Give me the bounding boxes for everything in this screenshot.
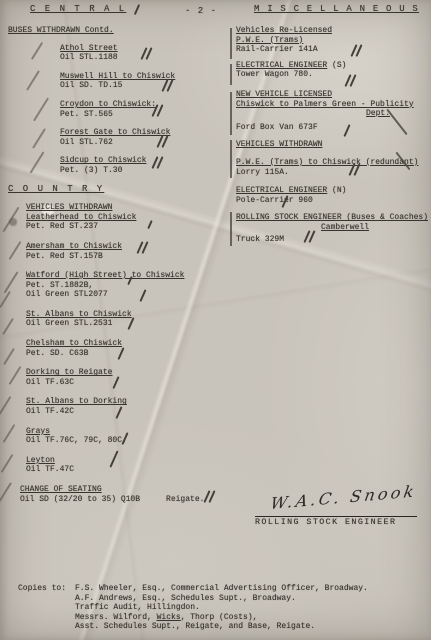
entry-subtitle: Camberwell bbox=[321, 223, 431, 233]
entry-detail: Oil Green STL.2531 bbox=[26, 319, 230, 329]
entry-detail: Rail-Carrier 141A bbox=[236, 45, 431, 55]
entry-title: Grays bbox=[26, 427, 230, 437]
copies-line-underlined: Wicks bbox=[157, 613, 181, 622]
list-item: Leatherhead to Chiswick Pet. Red ST.237 bbox=[26, 213, 230, 232]
entry-title: ELECTRICAL ENGINEER (S) bbox=[236, 61, 431, 71]
left-column: BUSES WITHDRAWN Contd. Athol Street Oil … bbox=[8, 26, 230, 514]
list-item: Leyton Oil TF.47C bbox=[26, 456, 230, 475]
entry-title-suffix: (S) bbox=[327, 61, 346, 70]
list-item: Croydon to Chiswick: Pet. ST.565 bbox=[60, 100, 230, 119]
check-mark-icon bbox=[133, 4, 144, 15]
list-item: St. Albans to Chiswick Oil Green STL.253… bbox=[26, 310, 230, 329]
copies-line-part: Messrs. Wilford, bbox=[75, 613, 157, 622]
list-item: ELECTRICAL ENGINEER (S) Tower Wagon 780. bbox=[236, 61, 431, 80]
entry-title: P.W.E. (Trams) bbox=[236, 36, 431, 46]
copies-line-part: , Thorp (Costs), bbox=[181, 613, 258, 622]
copies-line: Traffic Audit, Hillingdon. bbox=[75, 603, 368, 613]
entry-detail: Pet. ST.565 bbox=[60, 110, 230, 120]
margin-line-mark bbox=[230, 64, 232, 85]
entry-title: Muswell Hill to Chiswick bbox=[60, 72, 230, 82]
entry-detail: Oil SD. TD.15 bbox=[60, 81, 230, 91]
miscellaneous-column: Vehicles Re-Licensed P.W.E. (Trams) Rail… bbox=[236, 26, 431, 252]
entry-detail: Lorry 115A. bbox=[236, 168, 431, 178]
subsection-title-buses-withdrawn: BUSES WITHDRAWN Contd. bbox=[8, 26, 230, 36]
entry-subtitle: Chiswick to Palmers Green - Publicity bbox=[236, 100, 431, 110]
entry-title: Athol Street bbox=[60, 44, 230, 54]
copies-line: Asst. Schedules Supt., Reigate, and Base… bbox=[75, 622, 368, 632]
list-item: St. Albans to Dorking Oil TF.42C bbox=[26, 397, 230, 416]
signature-title: ROLLING STOCK ENGINEER bbox=[255, 518, 427, 528]
buses-withdrawn-list: Athol Street Oil STL.1188 Muswell Hill t… bbox=[60, 44, 230, 176]
entry-title: Chelsham to Chiswick bbox=[26, 339, 230, 349]
margin-line-mark bbox=[230, 212, 232, 246]
list-item: P.W.E. (Trams) to Chiswick (redundant) L… bbox=[236, 158, 431, 177]
entry-detail: Oil TF.63C bbox=[26, 378, 230, 388]
entry-detail: Pet. Red ST.157B bbox=[26, 252, 230, 262]
entry-title: Sidcup to Chiswick bbox=[60, 156, 230, 166]
entry-title: Vehicles Re-Licensed bbox=[236, 26, 431, 36]
entry-detail: Oil STL.762 bbox=[60, 138, 230, 148]
list-item: Dorking to Reigate Oil TF.63C bbox=[26, 368, 230, 387]
entry-detail: Pole-Carrier 960 bbox=[236, 196, 431, 206]
section-header-miscellaneous: M I S C E L L A N E O U S bbox=[254, 5, 419, 15]
entry-title: P.W.E. (Trams) to Chiswick (redundant) bbox=[236, 158, 431, 168]
entry-title: VEHICLES WITHDRAWN bbox=[236, 140, 431, 150]
list-item: ROLLING STOCK ENGINEER (Buses & Coaches)… bbox=[236, 213, 431, 244]
list-item: Vehicles Re-Licensed P.W.E. (Trams) Rail… bbox=[236, 26, 431, 55]
copies-line: A.F. Andrews, Esq., Schedules Supt., Bro… bbox=[75, 594, 368, 604]
entry-detail: Oil Green STL2077 bbox=[26, 290, 230, 300]
entry-title: Forest Gate to Chiswick bbox=[60, 128, 230, 138]
entry-detail: Tower Wagon 780. bbox=[236, 70, 431, 80]
section-header-central: C E N T R A L bbox=[30, 5, 126, 15]
entry-subtitle: Dept. bbox=[366, 109, 431, 119]
subsection-title-vehicles-withdrawn: VEHICLES WITHDRAWN bbox=[26, 203, 230, 213]
entry-title: Watford (High Street) to Chiswick bbox=[26, 271, 230, 281]
entry-title-suffix: (N) bbox=[327, 186, 346, 195]
change-detail: Oil SD (32/20 to 35) Q10B bbox=[20, 495, 140, 504]
list-item: Grays Oil TF.76C, 79C, 80C. bbox=[26, 427, 230, 446]
copies-line: F.S. Wheeler, Esq., Commercial Advertisi… bbox=[75, 584, 368, 594]
list-item: Chelsham to Chiswick Pet. SD. C63B bbox=[26, 339, 230, 358]
entry-detail: Pet. ST.1882B, bbox=[26, 281, 230, 291]
copies-block: Copies to: F.S. Wheeler, Esq., Commercia… bbox=[18, 584, 368, 632]
entry-detail: Oil TF.76C, 79C, 80C. bbox=[26, 436, 230, 446]
entry-title: Croydon to Chiswick: bbox=[60, 100, 230, 110]
entry-title: Dorking to Reigate bbox=[26, 368, 230, 378]
list-item: VEHICLES WITHDRAWN bbox=[236, 140, 431, 150]
document-page: C E N T R A L - 2 - M I S C E L L A N E … bbox=[0, 0, 431, 640]
entry-title: Amersham to Chiswick bbox=[26, 242, 230, 252]
list-item: Athol Street Oil STL.1188 bbox=[60, 44, 230, 63]
section-header-country: C O U N T R Y bbox=[8, 185, 230, 195]
list-item: NEW VEHICLE LICENSED Chiswick to Palmers… bbox=[236, 90, 431, 132]
list-item: Amersham to Chiswick Pet. Red ST.157B bbox=[26, 242, 230, 261]
entry-detail: Pet. Red ST.237 bbox=[26, 222, 230, 232]
entry-title-main: ELECTRICAL ENGINEER bbox=[236, 61, 327, 70]
margin-line-mark bbox=[230, 140, 232, 178]
list-item: Sidcup to Chiswick Pet. (3) T.30 bbox=[60, 156, 230, 175]
entry-detail: Oil STL.1188 bbox=[60, 53, 230, 63]
entry-detail: Ford Box Van 673F bbox=[236, 123, 431, 133]
entry-detail: Oil TF.47C bbox=[26, 465, 230, 475]
entry-title: CHANGE OF SEATING bbox=[20, 485, 230, 495]
change-note: Reigate. bbox=[166, 495, 204, 505]
entry-title: St. Albans to Chiswick bbox=[26, 310, 230, 320]
entry-title: NEW VEHICLE LICENSED bbox=[236, 90, 431, 100]
copies-label: Copies to: bbox=[18, 584, 75, 632]
entry-title: Leyton bbox=[26, 456, 230, 466]
entry-detail: Truck 329M bbox=[236, 235, 431, 245]
signature-block: W.A.C. Snook ROLLING STOCK ENGINEER bbox=[255, 494, 427, 528]
copies-line: Messrs. Wilford, Wicks, Thorp (Costs), bbox=[75, 613, 368, 623]
list-item: ELECTRICAL ENGINEER (N) Pole-Carrier 960 bbox=[236, 186, 431, 205]
country-withdrawn-list: VEHICLES WITHDRAWN Leatherhead to Chiswi… bbox=[26, 203, 230, 504]
entry-detail: Oil SD (32/20 to 35) Q10BReigate. bbox=[20, 495, 230, 505]
entry-title: ROLLING STOCK ENGINEER (Buses & Coaches) bbox=[236, 213, 431, 223]
margin-line-mark bbox=[230, 92, 232, 135]
list-item: Muswell Hill to Chiswick Oil SD. TD.15 bbox=[60, 72, 230, 91]
entry-title: ELECTRICAL ENGINEER (N) bbox=[236, 186, 431, 196]
list-item: Forest Gate to Chiswick Oil STL.762 bbox=[60, 128, 230, 147]
list-item: Watford (High Street) to Chiswick Pet. S… bbox=[26, 271, 230, 300]
entry-title: St. Albans to Dorking bbox=[26, 397, 230, 407]
margin-line-mark bbox=[230, 28, 232, 59]
entry-title: Leatherhead to Chiswick bbox=[26, 213, 230, 223]
entry-title-main: ELECTRICAL ENGINEER bbox=[236, 186, 327, 195]
entry-detail: Oil TF.42C bbox=[26, 407, 230, 417]
change-of-seating: CHANGE OF SEATING Oil SD (32/20 to 35) Q… bbox=[20, 485, 230, 504]
entry-detail: Pet. (3) T.30 bbox=[60, 166, 230, 176]
signature: W.A.C. Snook bbox=[269, 480, 431, 514]
entry-detail: Pet. SD. C63B bbox=[26, 349, 230, 359]
copies-list: F.S. Wheeler, Esq., Commercial Advertisi… bbox=[75, 584, 368, 632]
page-number: - 2 - bbox=[185, 7, 217, 17]
